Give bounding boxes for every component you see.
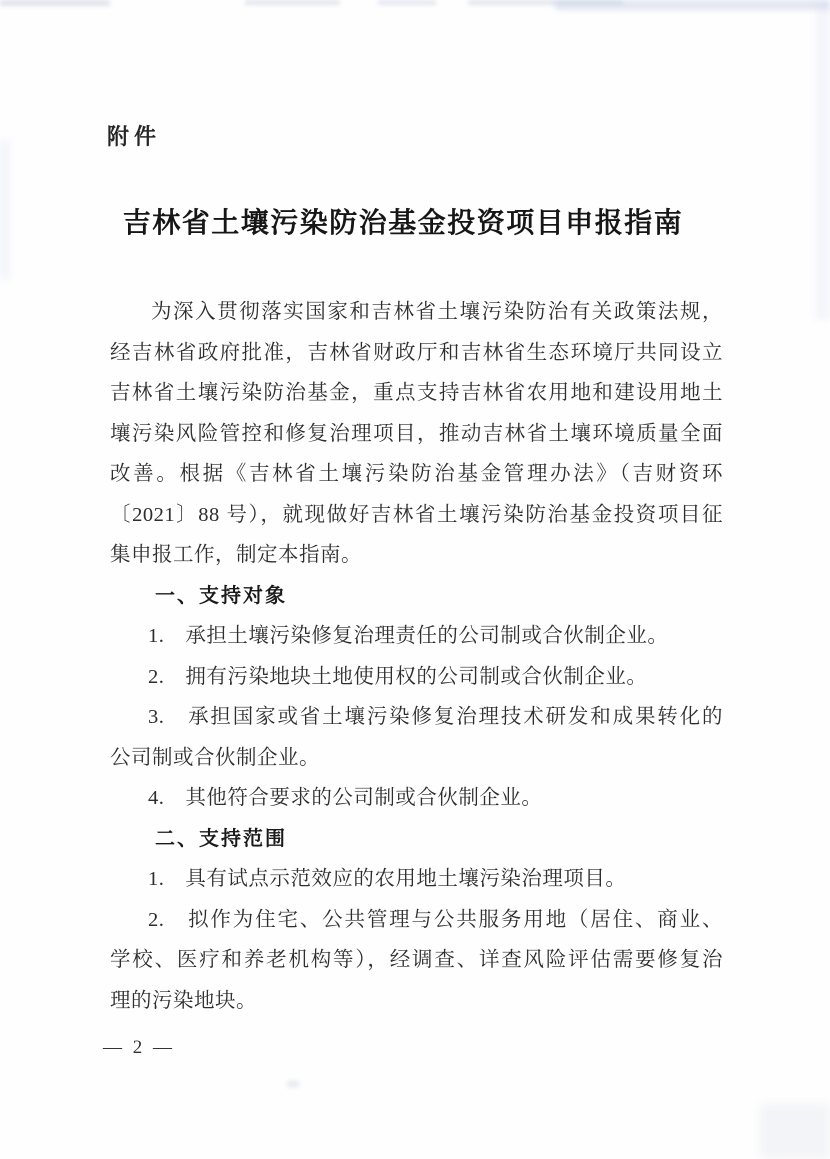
scan-artifact xyxy=(378,0,436,5)
text-line: 集申报工作，制定本指南。 xyxy=(110,535,723,576)
scan-artifact xyxy=(245,0,340,5)
section-heading: 二、支持范围 xyxy=(110,819,723,860)
text-line: 2. 拥有污染地块土地使用权的公司制或合伙制企业。 xyxy=(110,657,723,698)
scan-artifact xyxy=(555,0,830,10)
scanned-document-page: 附件 吉林省土壤污染防治基金投资项目申报指南 为深入贯彻落实国家和吉林省土壤污染… xyxy=(0,0,830,1159)
scan-artifact xyxy=(0,0,110,6)
text-line: 公司制或合伙制企业。 xyxy=(110,738,723,779)
text-line: 改善。根据《吉林省土壤污染防治基金管理办法》（吉财资环 xyxy=(110,454,723,495)
scan-artifact xyxy=(286,1080,300,1088)
text-line: 1. 承担土壤污染修复治理责任的公司制或合伙制企业。 xyxy=(110,616,723,657)
document-body: 为深入贯彻落实国家和吉林省土壤污染防治有关政策法规，经吉林省政府批准，吉林省财政… xyxy=(110,292,723,1021)
attachment-label: 附件 xyxy=(107,120,161,151)
text-line: 4. 其他符合要求的公司制或合伙制企业。 xyxy=(110,778,723,819)
section-heading: 一、支持对象 xyxy=(110,576,723,617)
scan-artifact xyxy=(816,0,830,320)
text-line: 经吉林省政府批准，吉林省财政厅和吉林省生态环境厅共同设立 xyxy=(110,333,723,374)
text-line: 〔2021〕88 号），就现做好吉林省土壤污染防治基金投资项目征 xyxy=(110,495,723,536)
text-line: 壤污染风险管控和修复治理项目，推动吉林省土壤环境质量全面 xyxy=(110,414,723,455)
text-line: 为深入贯彻落实国家和吉林省土壤污染防治有关政策法规， xyxy=(110,292,723,333)
text-line: 1. 具有试点示范效应的农用地土壤污染治理项目。 xyxy=(110,859,723,900)
scan-artifact xyxy=(468,0,623,5)
text-line: 吉林省土壤污染防治基金，重点支持吉林省农用地和建设用地土 xyxy=(110,373,723,414)
text-line: 2. 拟作为住宅、公共管理与公共服务用地（居住、商业、 xyxy=(110,900,723,941)
scan-artifact xyxy=(760,1104,830,1159)
document-title: 吉林省土壤污染防治基金投资项目申报指南 xyxy=(0,201,806,241)
text-line: 学校、医疗和养老机构等），经调查、详查风险评估需要修复治 xyxy=(110,940,723,981)
page-number: — 2 — xyxy=(103,1037,175,1059)
text-line: 理的污染地块。 xyxy=(110,981,723,1022)
text-line: 3. 承担国家或省土壤污染修复治理技术研发和成果转化的 xyxy=(110,697,723,738)
